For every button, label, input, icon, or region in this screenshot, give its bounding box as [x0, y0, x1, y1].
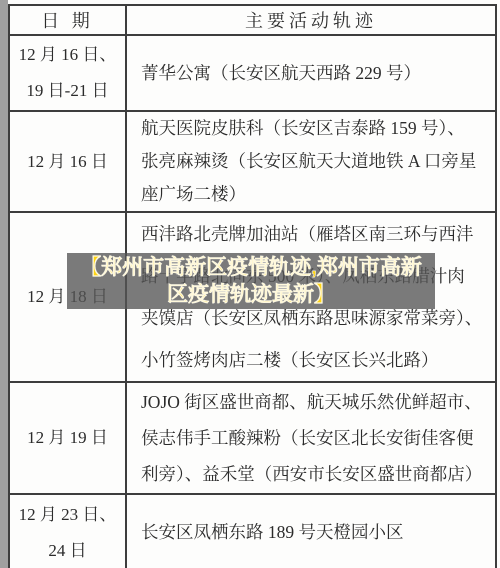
activity-cell: JOJO 街区盛世商都、航天城乐然优鲜超市、 侯志伟手工酸辣粉（长安区北长安街佳… — [126, 382, 496, 494]
date-cell: 12 月 16 日 — [9, 111, 126, 212]
table-row: 12 月 16 日 航天医院皮肤科（长安区吉泰路 159 号）、 张亮麻辣烫（长… — [9, 111, 496, 212]
column-header-date: 日 期 — [9, 5, 126, 35]
table-row: 12 月 19 日 JOJO 街区盛世商都、航天城乐然优鲜超市、 侯志伟手工酸辣… — [9, 382, 496, 494]
watermark-overlay: 【郑州市高新区疫情轨迹,郑州市高新 区疫情轨迹最新】 — [67, 253, 435, 309]
activity-cell: 长安区凤栖东路 189 号天橙园小区 — [126, 494, 496, 568]
date-cell: 12 月 23 日、 24 日 — [9, 494, 126, 568]
watermark-line1: 【郑州市高新区疫情轨迹,郑州市高新 — [80, 254, 422, 281]
screenshot-root: 日 期 主要活动轨迹 12 月 16 日、 19 日-21 日 菁华公寓（长安区… — [0, 0, 500, 568]
table-row: 12 月 23 日、 24 日 长安区凤栖东路 189 号天橙园小区 — [9, 494, 496, 568]
date-cell: 12 月 19 日 — [9, 382, 126, 494]
table-header-row: 日 期 主要活动轨迹 — [9, 5, 496, 35]
table-row: 12 月 16 日、 19 日-21 日 菁华公寓（长安区航天西路 229 号） — [9, 35, 496, 111]
activity-cell: 航天医院皮肤科（长安区吉泰路 159 号）、 张亮麻辣烫（长安区航天大道地铁 A… — [126, 111, 496, 212]
watermark-line2: 区疫情轨迹最新】 — [167, 281, 335, 308]
activity-cell: 菁华公寓（长安区航天西路 229 号） — [126, 35, 496, 111]
column-header-activity: 主要活动轨迹 — [126, 5, 496, 35]
left-edge-strip — [0, 0, 8, 568]
date-cell: 12 月 16 日、 19 日-21 日 — [9, 35, 126, 111]
